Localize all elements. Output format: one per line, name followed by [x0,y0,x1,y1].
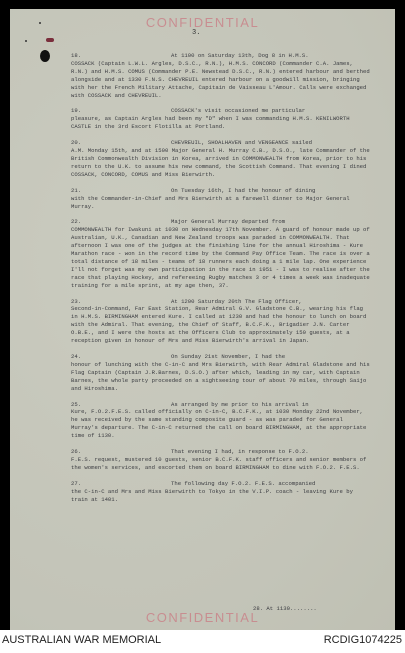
paragraph-head: 27.The following day F.O.2. F.E.S. accom… [71,480,371,488]
paragraph: 20.CHEVREUIL, SHOALHAVEN and VENGEANCE s… [71,139,371,179]
paragraph-number: 24. [71,353,171,361]
punch-hole [40,50,50,62]
paragraph-number: 27. [71,480,171,488]
paragraph: 27.The following day F.O.2. F.E.S. accom… [71,480,371,504]
paragraph: 19.COSSACK's visit occasioned me particu… [71,107,371,131]
paragraph-head: 18.At 1100 on Saturday 13th, Dog 8 in H.… [71,52,371,60]
paragraph-first-line: As arranged by me prior to his arrival i… [171,401,371,409]
paragraph-number: 21. [71,187,171,195]
paragraph-first-line: Major General Murray departed from [171,218,371,226]
document-body: 18.At 1100 on Saturday 13th, Dog 8 in H.… [71,52,371,512]
paragraph: 26.That evening I had, in response to F.… [71,448,371,472]
paragraph-head: 20.CHEVREUIL, SHOALHAVEN and VENGEANCE s… [71,139,371,147]
paragraph-first-line: CHEVREUIL, SHOALHAVEN and VENGEANCE sail… [171,139,371,147]
paragraph-text: COMMONWEALTH for Iwakuni at 1030 on Wedn… [71,226,371,289]
paper-blemish [25,40,27,42]
paragraph-head: 24.On Sunday 21st November, I had the [71,353,371,361]
paragraph-number: 22. [71,218,171,226]
paragraph: 21.On Tuesday 16th, I had the honour of … [71,187,371,211]
paragraph: 23.At 1200 Saturday 20th The Flag Office… [71,298,371,345]
paragraph-first-line: At 1100 on Saturday 13th, Dog 8 in H.M.S… [171,52,371,60]
paragraph-number: 26. [71,448,171,456]
paragraph: 25.As arranged by me prior to his arriva… [71,401,371,441]
paragraph: 24.On Sunday 21st November, I had thehon… [71,353,371,393]
paragraph-text: pleasure, as Captain Argles had been my … [71,115,371,131]
paragraph-number: 19. [71,107,171,115]
paragraph-head: 21.On Tuesday 16th, I had the honour of … [71,187,371,195]
paragraph: 22.Major General Murray departed fromCOM… [71,218,371,289]
paragraph-first-line: On Sunday 21st November, I had the [171,353,371,361]
archive-id: RCDIG1074225 [324,634,402,646]
paragraph: 18.At 1100 on Saturday 13th, Dog 8 in H.… [71,52,371,99]
classification-stamp-top: CONFIDENTIAL [10,15,395,30]
paragraph-first-line: At 1200 Saturday 20th The Flag Officer, [171,298,371,306]
paragraph-first-line: The following day F.O.2. F.E.S. accompan… [171,480,371,488]
paragraph-first-line: On Tuesday 16th, I had the honour of din… [171,187,371,195]
paragraph-text: Kure, F.O.2.F.E.S. called officially on … [71,408,371,440]
paragraph-text: Second-in-Command, Far East Station, Rea… [71,305,371,345]
paragraph-number: 18. [71,52,171,60]
ink-mark [46,38,54,42]
paragraph-number: 25. [71,401,171,409]
paragraph-text: A.M. Monday 15th, and at 1500 Major Gene… [71,147,371,179]
paragraph-first-line: That evening I had, in response to F.O.2… [171,448,371,456]
paragraph-head: 19.COSSACK's visit occasioned me particu… [71,107,371,115]
paragraph-number: 20. [71,139,171,147]
caption-bar: AUSTRALIAN WAR MEMORIAL RCDIG1074225 [0,630,405,653]
paragraph-text: the C-in-C and Mrs and Miss Bierwirth to… [71,488,371,504]
paragraph-head: 26.That evening I had, in response to F.… [71,448,371,456]
paragraph-first-line: COSSACK's visit occasioned me particular [171,107,371,115]
archive-name: AUSTRALIAN WAR MEMORIAL [2,634,161,646]
classification-stamp-bottom: CONFIDENTIAL [10,610,395,625]
paragraph-head: 23.At 1200 Saturday 20th The Flag Office… [71,298,371,306]
document-page: CONFIDENTIAL 3. 18.At 1100 on Saturday 1… [10,9,395,630]
paragraph-text: COSSACK (Captain L.W.L. Argles, D.S.C., … [71,60,371,100]
paragraph-text: with the Commander-in-Chief and Mrs Bier… [71,195,371,211]
paragraph-text: honour of lunching with the C-in-C and M… [71,361,371,393]
paragraph-number: 23. [71,298,171,306]
page-number: 3. [192,29,200,37]
paragraph-head: 25.As arranged by me prior to his arriva… [71,401,371,409]
paragraph-head: 22.Major General Murray departed from [71,218,371,226]
paper-blemish [39,22,41,24]
paragraph-text: F.E.S. request, mustered 10 guests, seni… [71,456,371,472]
